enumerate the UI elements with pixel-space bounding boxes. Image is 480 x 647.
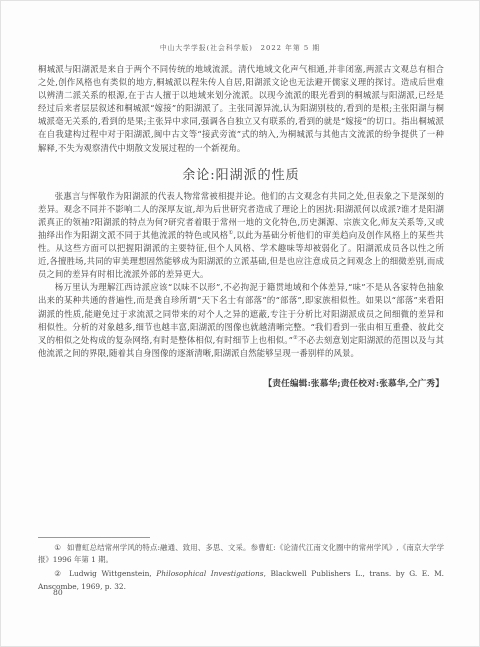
page-number: 80 (53, 588, 63, 597)
footnote-separator (38, 537, 150, 538)
footnote-1-text: 如曹虹总结常州学风的特点:融通、致用、多思、文采。参曹虹:《论清代江南文化圈中的… (38, 543, 444, 564)
footnote-2-text: Ludwig Wittgenstein, (69, 569, 156, 578)
footnote-2: ②Ludwig Wittgenstein, Philosophical Inve… (38, 568, 444, 592)
footnote-2-book-title: Philosophical Investigations (156, 569, 263, 578)
footnotes-section: ①如曹虹总结常州学风的特点:融通、致用、多思、文采。参曹虹:《论清代江南文化圈中… (38, 537, 444, 595)
journal-header: 中山大学学报(社会科学版) 2022 年第 5 期 (1, 42, 479, 52)
editor-note: 【责任编辑:张慕华;责任校对:张慕华,仝广秀】 (38, 377, 444, 389)
footnote-1-marker: ① (54, 543, 61, 552)
footnote-2-marker: ② (54, 569, 63, 578)
journal-page: 中山大学学报(社会科学版) 2022 年第 5 期 桐城派与阳湖派是来自于两个不… (0, 0, 480, 647)
paragraph-conclusion-lead: 桐城派与阳湖派是来自于两个不同传统的地域流派。清代地域文化声气相通,并非闭塞,两… (38, 63, 444, 155)
paragraph-family-resemblance: 杨万里认为理解江西诗派应该“以味不以形”,不必拘泥于籍贯地域和个体差异,“味”不… (38, 281, 444, 360)
paragraph-yanghu-members: 张惠言与恽敬作为阳湖派的代表人物常常被相提并论。他们的古文观念有共同之处,但表象… (38, 190, 444, 282)
section-heading: 余论:阳湖派的性质 (38, 164, 444, 183)
footnote-1: ①如曹虹总结常州学风的特点:融通、致用、多思、文采。参曹虹:《论清代江南文化圈中… (38, 542, 444, 566)
article-body: 桐城派与阳湖派是来自于两个不同传统的地域流派。清代地域文化声气相通,并非闭塞,两… (38, 63, 444, 389)
